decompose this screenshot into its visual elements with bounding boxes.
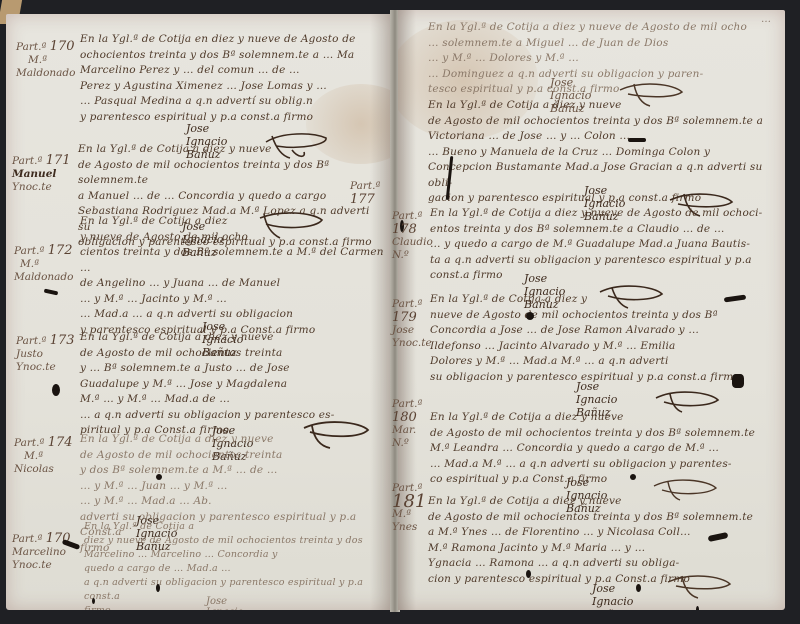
entry-label: Part.ª: [12, 155, 42, 167]
margin-name: M.ª: [14, 258, 76, 271]
entry-text: En la Ygl.ª de Cotija a diez y nueve de …: [430, 292, 780, 385]
margin-note: Part.ª 172 M.ª Maldonado: [14, 244, 76, 284]
margin-note: Part.ª 173 Justo Ynoc.te: [16, 334, 78, 374]
entry-number: 171: [46, 153, 71, 168]
entry-label: Part.ª: [12, 533, 42, 545]
entry-label: Part.ª: [14, 437, 44, 449]
rubric-flourish-icon: [666, 570, 736, 604]
margin-name: Claudio: [392, 236, 432, 249]
ink-blot: [696, 606, 699, 610]
margin-name: Ynoc.te: [392, 337, 432, 350]
margin-note: Part.ª 179 Jose Ynoc.te: [392, 298, 432, 350]
margin-note: Part.ª 181 M.ª Ynes: [392, 482, 432, 534]
entry-label: Part.ª: [14, 245, 44, 257]
entry-label: Part.ª: [16, 335, 46, 347]
margin-name: Justo: [16, 348, 78, 361]
margin-name: Maldonado: [14, 271, 76, 284]
entry-label: Part.ª: [16, 41, 46, 53]
margin-name: M.ª: [14, 450, 76, 463]
ink-blot: [44, 289, 59, 296]
margin-name: N.º: [392, 437, 432, 450]
manuscript-spread: Part.ª 170 M.ª Maldonado En la Ygl.ª de …: [0, 0, 800, 624]
ink-blot: [732, 374, 744, 388]
ink-blot: [630, 474, 636, 480]
margin-note: Part.ª 177: [350, 180, 400, 206]
left-page: Part.ª 170 M.ª Maldonado En la Ygl.ª de …: [6, 14, 392, 610]
margin-name: Marcelino: [12, 546, 74, 559]
ink-blot: [628, 138, 646, 142]
margin-name: Ynoc.te: [12, 559, 74, 572]
entry-number: 172: [48, 243, 73, 258]
margin-note: Part.ª 180 Mar. N.º: [392, 398, 432, 450]
margin-note: Part.ª 178 Claudio N.º: [392, 210, 432, 262]
entry-number: 177: [350, 193, 400, 206]
ink-blot: [636, 584, 641, 592]
entry-number: 170: [50, 39, 75, 54]
entry-number: 174: [48, 435, 73, 450]
ink-blot: [92, 598, 95, 604]
margin-name: Ynes: [392, 521, 432, 534]
signature: Jose Ignacio Bañuz: [206, 596, 244, 610]
right-page: … En la Ygl.ª de Cotija a diez y nueve d…: [398, 10, 785, 610]
margin-note: Part.ª 174 M.ª Nicolas: [14, 436, 76, 476]
ink-blot: [52, 384, 60, 396]
signature: Jose Ignacio Bañuz: [592, 582, 633, 610]
margin-name: M.ª: [16, 54, 78, 67]
ink-blot: [156, 474, 162, 480]
entry-number: 178: [392, 223, 432, 236]
entry-number: 180: [392, 411, 432, 424]
entry-text: En la Ygl.ª de Cotija en diez y nueve de…: [80, 32, 380, 125]
entry-number: 173: [50, 333, 75, 348]
margin-name: Jose: [392, 324, 432, 337]
ink-blot: [526, 312, 534, 320]
entry-text: En la Ygl.ª de Cotija a diez y nueve de …: [428, 20, 768, 98]
margin-name: Maldonado: [16, 67, 78, 80]
margin-name: Ynoc.te: [16, 361, 78, 374]
margin-note: Part.ª 170 Marcelino Ynoc.te: [12, 532, 74, 572]
entry-number: 179: [392, 311, 432, 324]
margin-name: Mar.: [392, 424, 432, 437]
entry-text: En la Ygl.ª de Cotija a diez y nueve de …: [430, 206, 780, 284]
margin-note: Part.ª 171 Manuel Ynoc.te: [12, 154, 74, 194]
margin-name: Nicolas: [14, 463, 76, 476]
ink-blot: [526, 570, 531, 578]
entry-number: 181: [392, 495, 432, 508]
margin-note: Part.ª 170 M.ª Maldonado: [16, 40, 78, 80]
margin-name: Ynoc.te: [12, 181, 74, 194]
margin-name: N.º: [392, 249, 432, 262]
margin-name: Manuel: [12, 168, 74, 181]
ink-blot: [156, 584, 160, 592]
